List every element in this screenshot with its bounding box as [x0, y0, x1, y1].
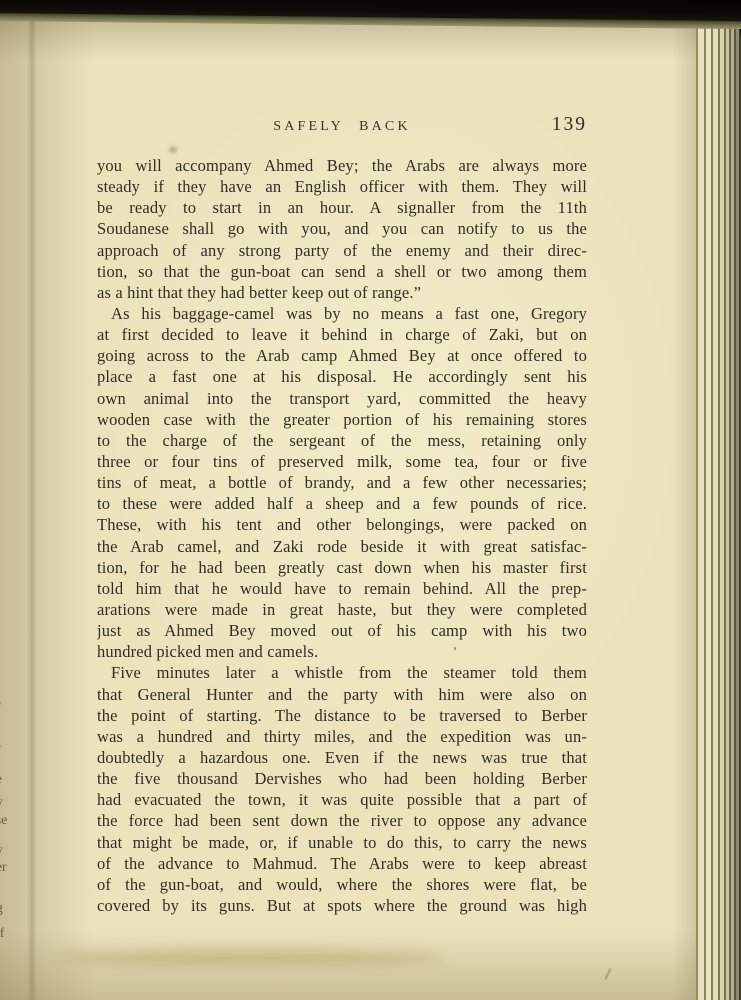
text-block: SAFELY BACK 139 you will accompany Ahmed… [97, 117, 587, 916]
text-line: steady if they have an English officer w… [97, 176, 587, 197]
text-line: the five thousand Dervishes who had been… [97, 768, 587, 789]
text-line: approach of any strong party of the enem… [97, 240, 587, 261]
edge-text-fragment: y [0, 794, 8, 810]
text-line: that might be made, or, if unable to do … [97, 832, 587, 853]
text-line: to these were added half a sheep and a f… [97, 493, 587, 514]
text-line: arations were made in great haste, but t… [97, 599, 587, 620]
edge-text-fragment: r [0, 697, 8, 713]
text-line: place a fast one at his disposal. He acc… [97, 366, 587, 387]
page-bottom-shading [0, 930, 702, 1000]
text-line: told him that he would have to remain be… [97, 578, 587, 599]
page-text: you will accompany Ahmed Bey; the Arabs … [97, 155, 587, 916]
text-line: be ready to start in an hour. A signalle… [97, 197, 587, 218]
text-line: at first decided to leave it behind in c… [97, 324, 587, 345]
text-line: tins of meat, a bottle of brandy, and a … [97, 472, 587, 493]
text-line: that General Hunter and the party with h… [97, 684, 587, 705]
edge-text-fragment: se [0, 812, 8, 828]
page-left-shading [0, 0, 95, 1000]
scan-speck [169, 146, 177, 153]
text-line: tion, for he had been greatly cast down … [97, 557, 587, 578]
edge-text-fragment: g [0, 900, 8, 916]
left-edge-fragments: rfeyseyerglf [0, 0, 12, 1000]
book-page: SAFELY BACK 139 you will accompany Ahmed… [0, 0, 702, 1000]
text-line: just as Ahmed Bey moved out of his camp … [97, 620, 587, 641]
text-line: wooden case with the greater portion of … [97, 409, 587, 430]
text-line: you will accompany Ahmed Bey; the Arabs … [97, 155, 587, 176]
page-bottom-curl-shadow [55, 950, 445, 966]
text-line: had evacuated the town, it was quite pos… [97, 789, 587, 810]
edge-text-fragment: y [0, 842, 8, 858]
text-line: of the advance to Mahmud. The Arabs were… [97, 853, 587, 874]
text-line: own animal into the transport yard, comm… [97, 388, 587, 409]
edge-text-fragment: e [0, 771, 8, 787]
running-header: SAFELY BACK [273, 119, 411, 134]
text-line: doubtedly a hazardous one. Even if the n… [97, 747, 587, 768]
text-line: the point of starting. The distance to b… [97, 705, 587, 726]
text-line: of the gun-boat, and would, where the sh… [97, 874, 587, 895]
text-line: three or four tins of preserved milk, so… [97, 451, 587, 472]
book-scan: SAFELY BACK 139 you will accompany Ahmed… [0, 0, 741, 1000]
text-line: These, with his tent and other belonging… [97, 514, 587, 535]
page-gutter-crease [27, 0, 37, 1000]
text-line: Soudanese shall go with you, and you can… [97, 218, 587, 239]
edge-text-fragment: er [0, 859, 8, 875]
text-line: the Arab camel, and Zaki rode beside it … [97, 536, 587, 557]
fore-edge-page-stack [696, 11, 741, 1000]
edge-text-fragment: f [0, 743, 8, 759]
text-line: going across to the Arab camp Ahmed Bey … [97, 345, 587, 366]
text-line: as a hint that they had better keep out … [97, 282, 587, 303]
page-number: 139 [552, 114, 587, 136]
edge-text-fragment: lf [0, 925, 8, 941]
text-line: the force had been sent down the river t… [97, 810, 587, 831]
scan-speck [454, 647, 456, 650]
text-line: As his baggage-camel was by no means a f… [97, 303, 587, 324]
text-line: to the charge of the sergeant of the mes… [97, 430, 587, 451]
text-line: was a hundred and thirty miles, and the … [97, 726, 587, 747]
text-line: covered by its guns. But at spots where … [97, 895, 587, 916]
text-line: hundred picked men and camels. [97, 641, 587, 662]
text-line: tion, so that the gun-boat can send a sh… [97, 261, 587, 282]
page-header: SAFELY BACK 139 [97, 117, 587, 141]
text-line: Five minutes later a whistle from the st… [97, 662, 587, 683]
